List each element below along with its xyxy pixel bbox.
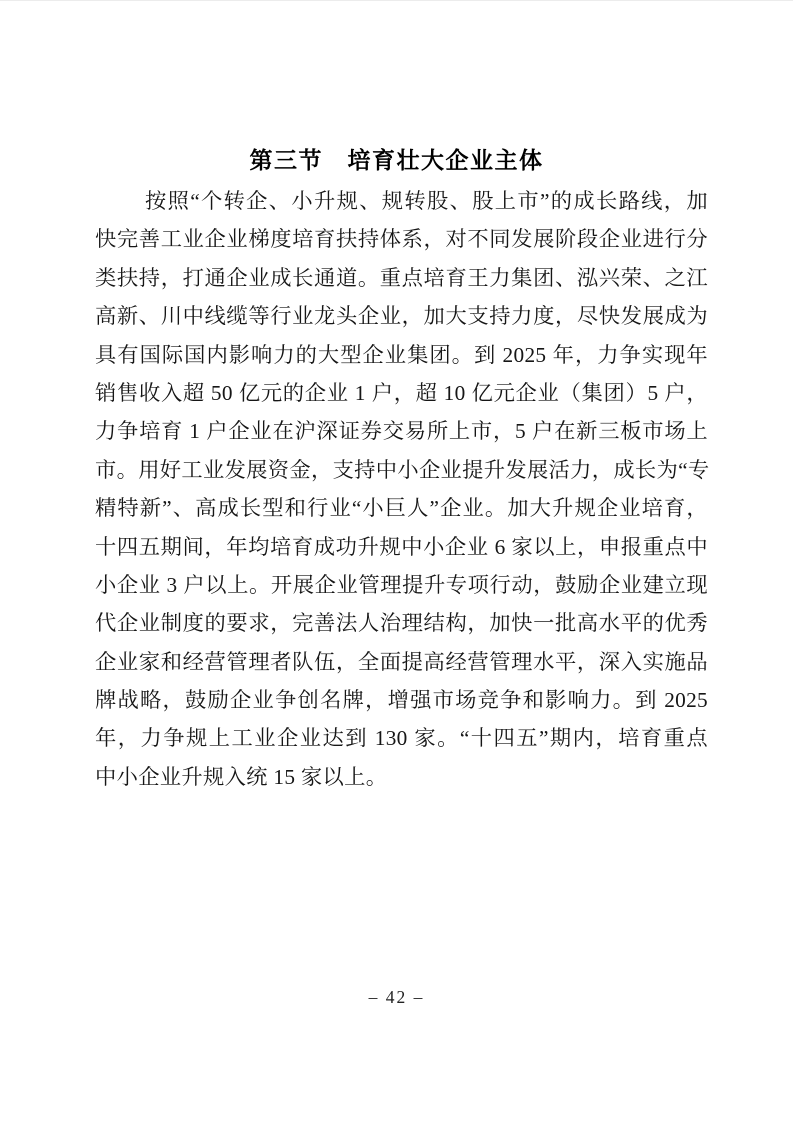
body-line: 代企业制度的要求，完善法人治理结构，加快一批高水平的优秀 [95,604,708,642]
body-line: 小企业 3 户以上。开展企业管理提升专项行动，鼓励企业建立现 [95,566,708,604]
body-paragraph: 按照“个转企、小升规、规转股、股上市”的成长路线，加快完善工业企业梯度培育扶持体… [95,182,708,796]
body-line: 类扶持，打通企业成长通道。重点培育王力集团、泓兴荣、之江 [95,259,708,297]
section-heading: 第三节 培育壮大企业主体 [0,142,793,175]
body-line: 力争培育 1 户企业在沪深证券交易所上市，5 户在新三板市场上 [95,412,708,450]
body-line: 市。用好工业发展资金，支持中小企业提升发展活力，成长为“专 [95,451,708,489]
body-line: 按照“个转企、小升规、规转股、股上市”的成长路线，加 [95,182,708,220]
body-line: 牌战略，鼓励企业争创名牌，增强市场竞争和影响力。到 2025 [95,681,708,719]
body-line: 中小企业升规入统 15 家以上。 [95,758,708,796]
document-page: 第三节 培育壮大企业主体 按照“个转企、小升规、规转股、股上市”的成长路线，加快… [0,0,793,1123]
body-line: 企业家和经营管理者队伍，全面提高经营管理水平，深入实施品 [95,643,708,681]
body-line: 高新、川中线缆等行业龙头企业，加大支持力度，尽快发展成为 [95,297,708,335]
body-line: 精特新”、高成长型和行业“小巨人”企业。加大升规企业培育， [95,489,708,527]
body-line: 十四五期间，年均培育成功升规中小企业 6 家以上，申报重点中 [95,528,708,566]
body-line: 快完善工业企业梯度培育扶持体系，对不同发展阶段企业进行分 [95,220,708,258]
body-line: 具有国际国内影响力的大型企业集团。到 2025 年，力争实现年 [95,336,708,374]
body-line: 年，力争规上工业企业达到 130 家。“十四五”期内，培育重点 [95,719,708,757]
page-number: – 42 – [0,987,793,1008]
body-line: 销售收入超 50 亿元的企业 1 户，超 10 亿元企业（集团）5 户， [95,374,708,412]
